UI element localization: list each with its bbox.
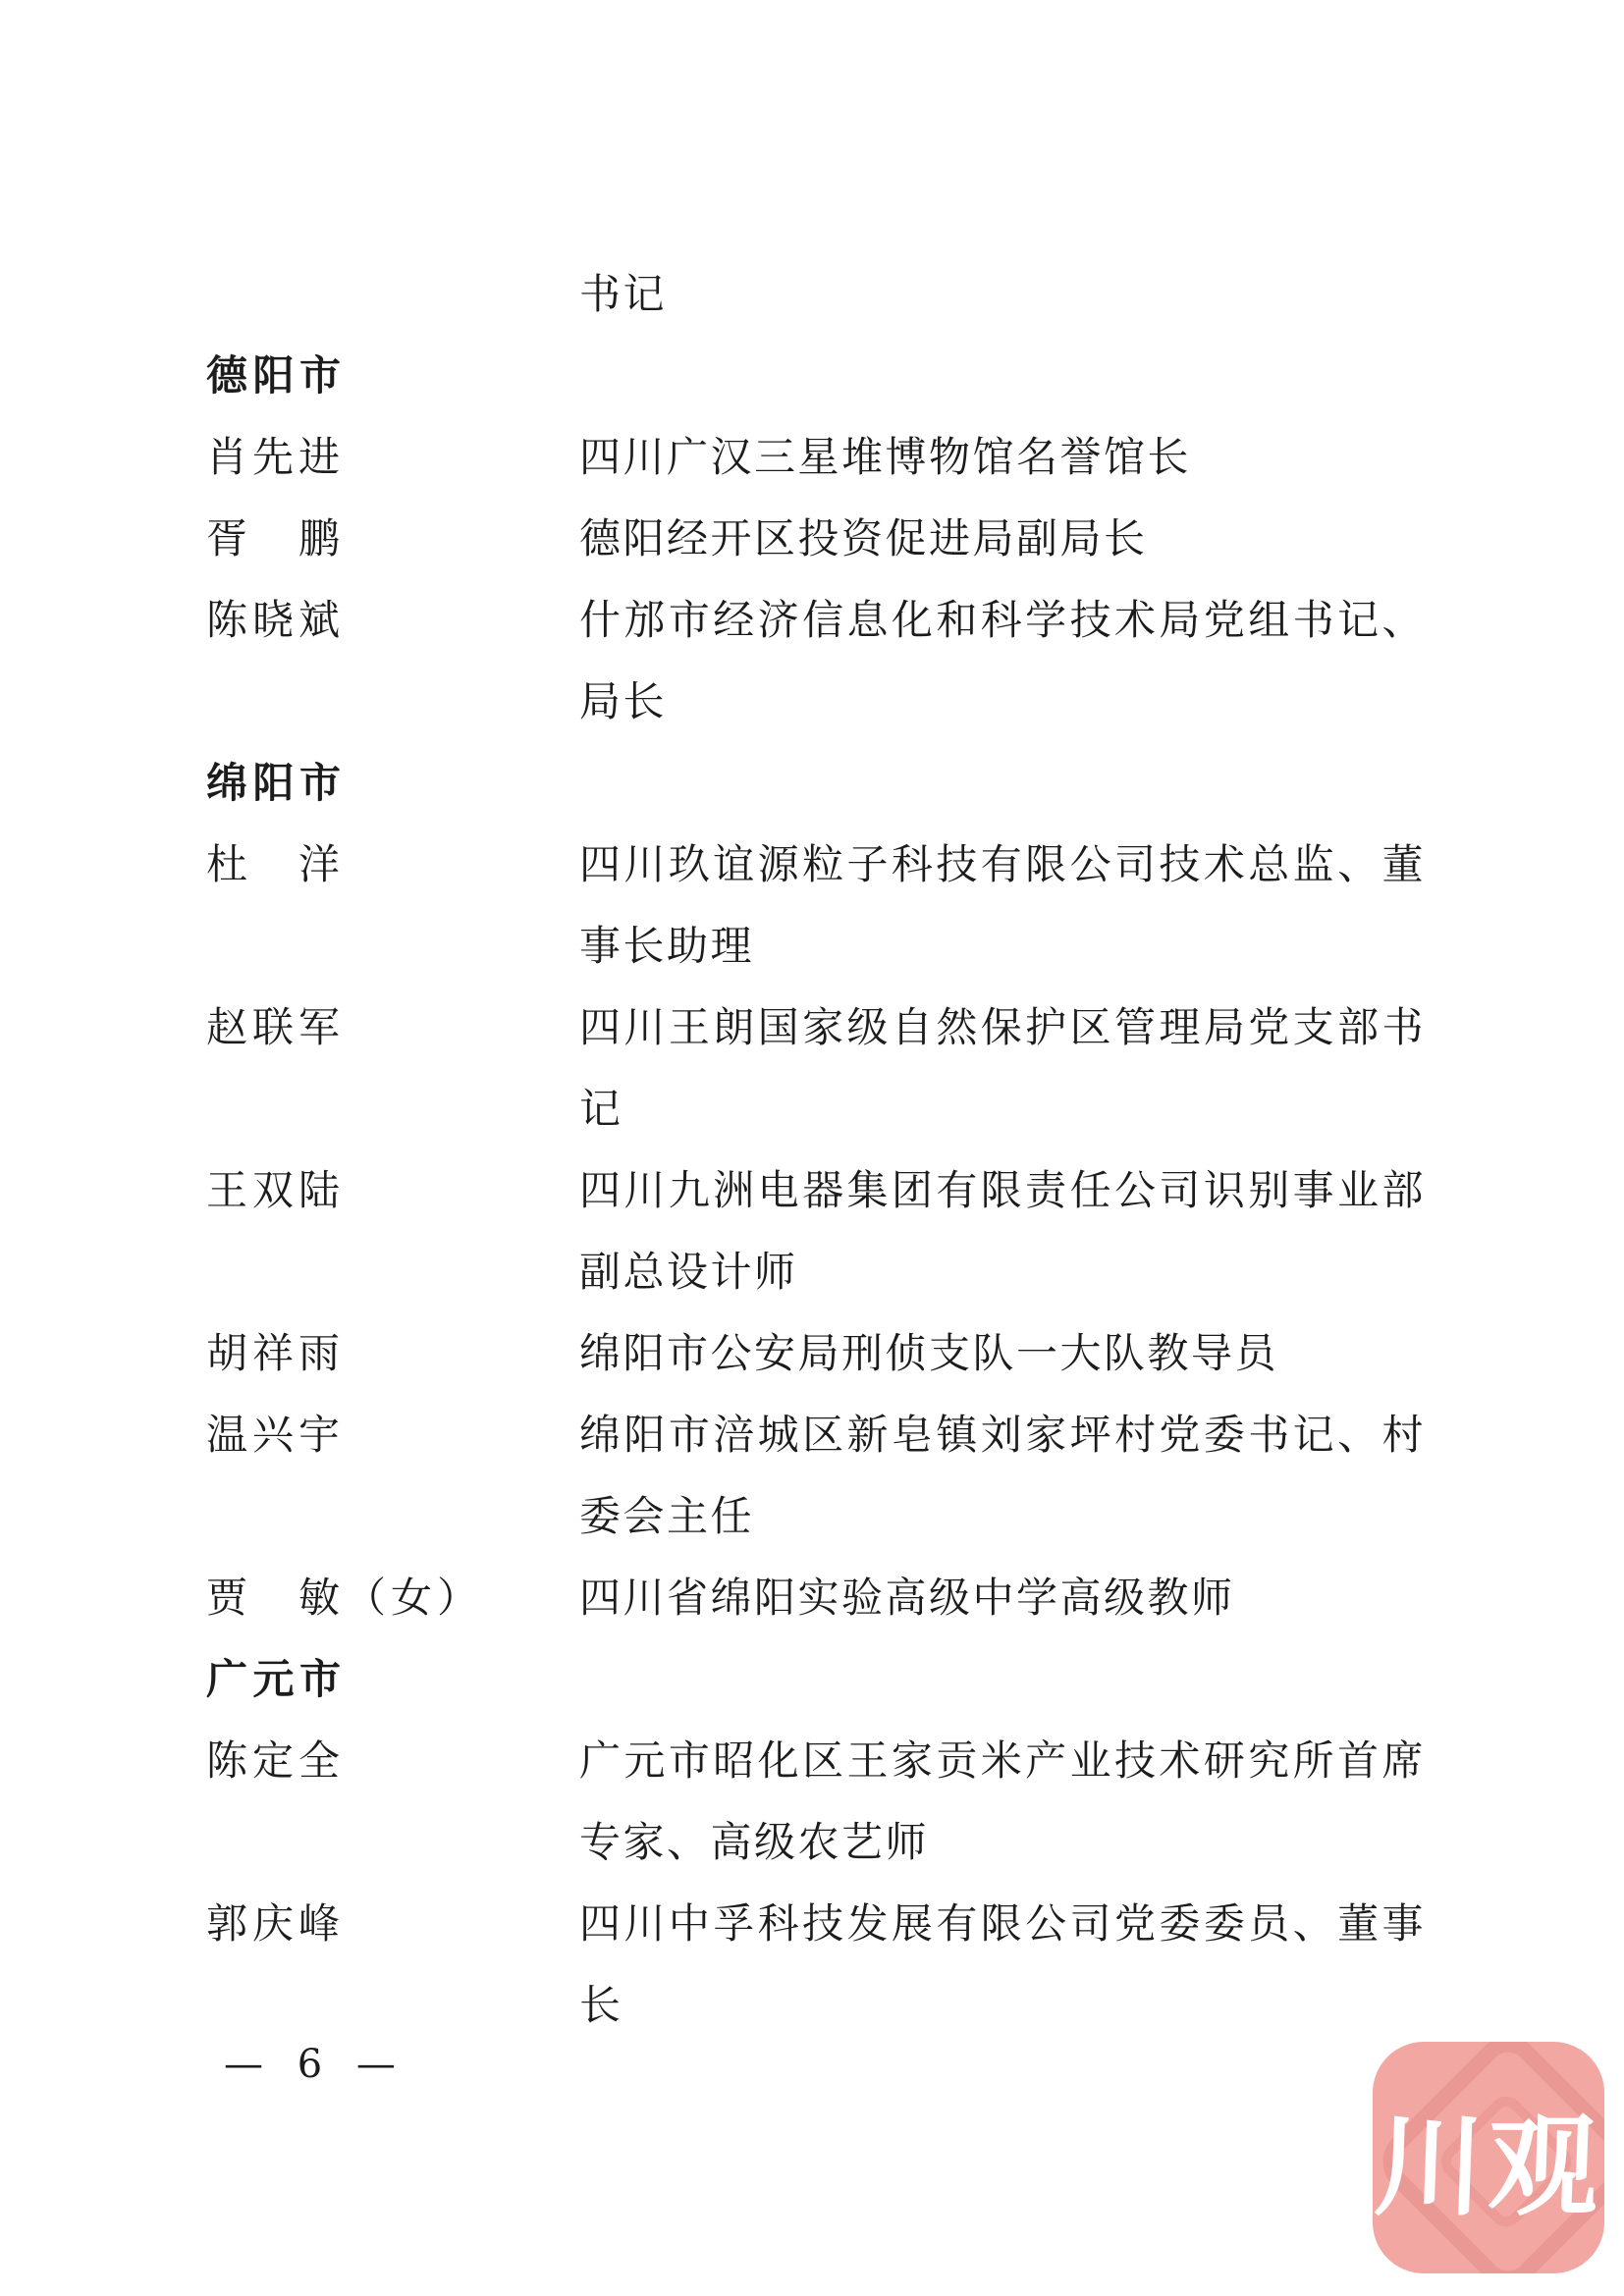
entry-row: 陈定全 广元市昭化区王家贡米产业技术研究所首席专家、高级农艺师 bbox=[206, 1720, 1443, 1883]
entry-row: 杜 洋 四川玖谊源粒子科技有限公司技术总监、董事长助理 bbox=[206, 824, 1443, 987]
chuanguan-watermark-logo: 川观 bbox=[1373, 2042, 1604, 2273]
person-title: 四川省绵阳实验高级中学高级教师 bbox=[579, 1557, 1426, 1638]
person-name: 陈定全 bbox=[206, 1720, 579, 1801]
person-name: 温兴宇 bbox=[206, 1394, 579, 1475]
person-title: 四川王朗国家级自然保护区管理局党支部书记 bbox=[579, 987, 1426, 1149]
person-name: 王双陆 bbox=[206, 1149, 579, 1231]
section-header-deyang: 德阳市 bbox=[206, 335, 1443, 416]
person-name: 赵联军 bbox=[206, 987, 579, 1068]
document-page: 书记 德阳市 肖先进 四川广汉三星堆博物馆名誉馆长 胥 鹏 德阳经开区投资促进局… bbox=[0, 0, 1624, 2296]
person-name: 陈晓斌 bbox=[206, 579, 579, 661]
person-name: 贾 敏（女） bbox=[206, 1557, 579, 1638]
person-name: 郭庆峰 bbox=[206, 1883, 579, 1964]
city-name: 广元市 bbox=[206, 1638, 347, 1720]
section-header-mianyang: 绵阳市 bbox=[206, 742, 1443, 824]
section-header-guangyuan: 广元市 bbox=[206, 1638, 1443, 1720]
entry-row: 温兴宇 绵阳市涪城区新皂镇刘家坪村党委书记、村委会主任 bbox=[206, 1394, 1443, 1557]
entry-row: 肖先进 四川广汉三星堆博物馆名誉馆长 bbox=[206, 416, 1443, 498]
document-body: 书记 德阳市 肖先进 四川广汉三星堆博物馆名誉馆长 胥 鹏 德阳经开区投资促进局… bbox=[206, 253, 1443, 2046]
person-title: 广元市昭化区王家贡米产业技术研究所首席专家、高级农艺师 bbox=[579, 1720, 1426, 1883]
city-name: 德阳市 bbox=[206, 335, 347, 416]
person-title: 四川广汉三星堆博物馆名誉馆长 bbox=[579, 416, 1426, 498]
continuation-row: 书记 bbox=[206, 253, 1443, 335]
continuation-text: 书记 bbox=[579, 253, 1426, 335]
person-title: 绵阳市涪城区新皂镇刘家坪村党委书记、村委会主任 bbox=[579, 1394, 1426, 1557]
entry-row: 赵联军 四川王朗国家级自然保护区管理局党支部书记 bbox=[206, 987, 1443, 1149]
person-title: 绵阳市公安局刑侦支队一大队教导员 bbox=[579, 1312, 1426, 1394]
entry-row: 胡祥雨 绵阳市公安局刑侦支队一大队教导员 bbox=[206, 1312, 1443, 1394]
person-title: 四川玖谊源粒子科技有限公司技术总监、董事长助理 bbox=[579, 824, 1426, 987]
person-title: 德阳经开区投资促进局副局长 bbox=[579, 498, 1426, 579]
entry-row: 胥 鹏 德阳经开区投资促进局副局长 bbox=[206, 498, 1443, 579]
person-name: 肖先进 bbox=[206, 416, 579, 498]
chuanguan-logo-text: 川观 bbox=[1373, 2079, 1604, 2237]
entry-row: 贾 敏（女） 四川省绵阳实验高级中学高级教师 bbox=[206, 1557, 1443, 1638]
person-name: 杜 洋 bbox=[206, 824, 579, 905]
entry-row: 王双陆 四川九洲电器集团有限责任公司识别事业部副总设计师 bbox=[206, 1149, 1443, 1312]
entry-row: 陈晓斌 什邡市经济信息化和科学技术局党组书记、局长 bbox=[206, 579, 1443, 742]
city-name: 绵阳市 bbox=[206, 742, 347, 824]
entry-row: 郭庆峰 四川中孚科技发展有限公司党委委员、董事长 bbox=[206, 1883, 1443, 2046]
person-title: 四川九洲电器集团有限责任公司识别事业部副总设计师 bbox=[579, 1149, 1426, 1312]
person-title: 四川中孚科技发展有限公司党委委员、董事长 bbox=[579, 1883, 1426, 2046]
person-name: 胥 鹏 bbox=[206, 498, 579, 579]
page-number: — 6 — bbox=[224, 2044, 397, 2085]
person-name: 胡祥雨 bbox=[206, 1312, 579, 1394]
person-title: 什邡市经济信息化和科学技术局党组书记、局长 bbox=[579, 579, 1426, 742]
